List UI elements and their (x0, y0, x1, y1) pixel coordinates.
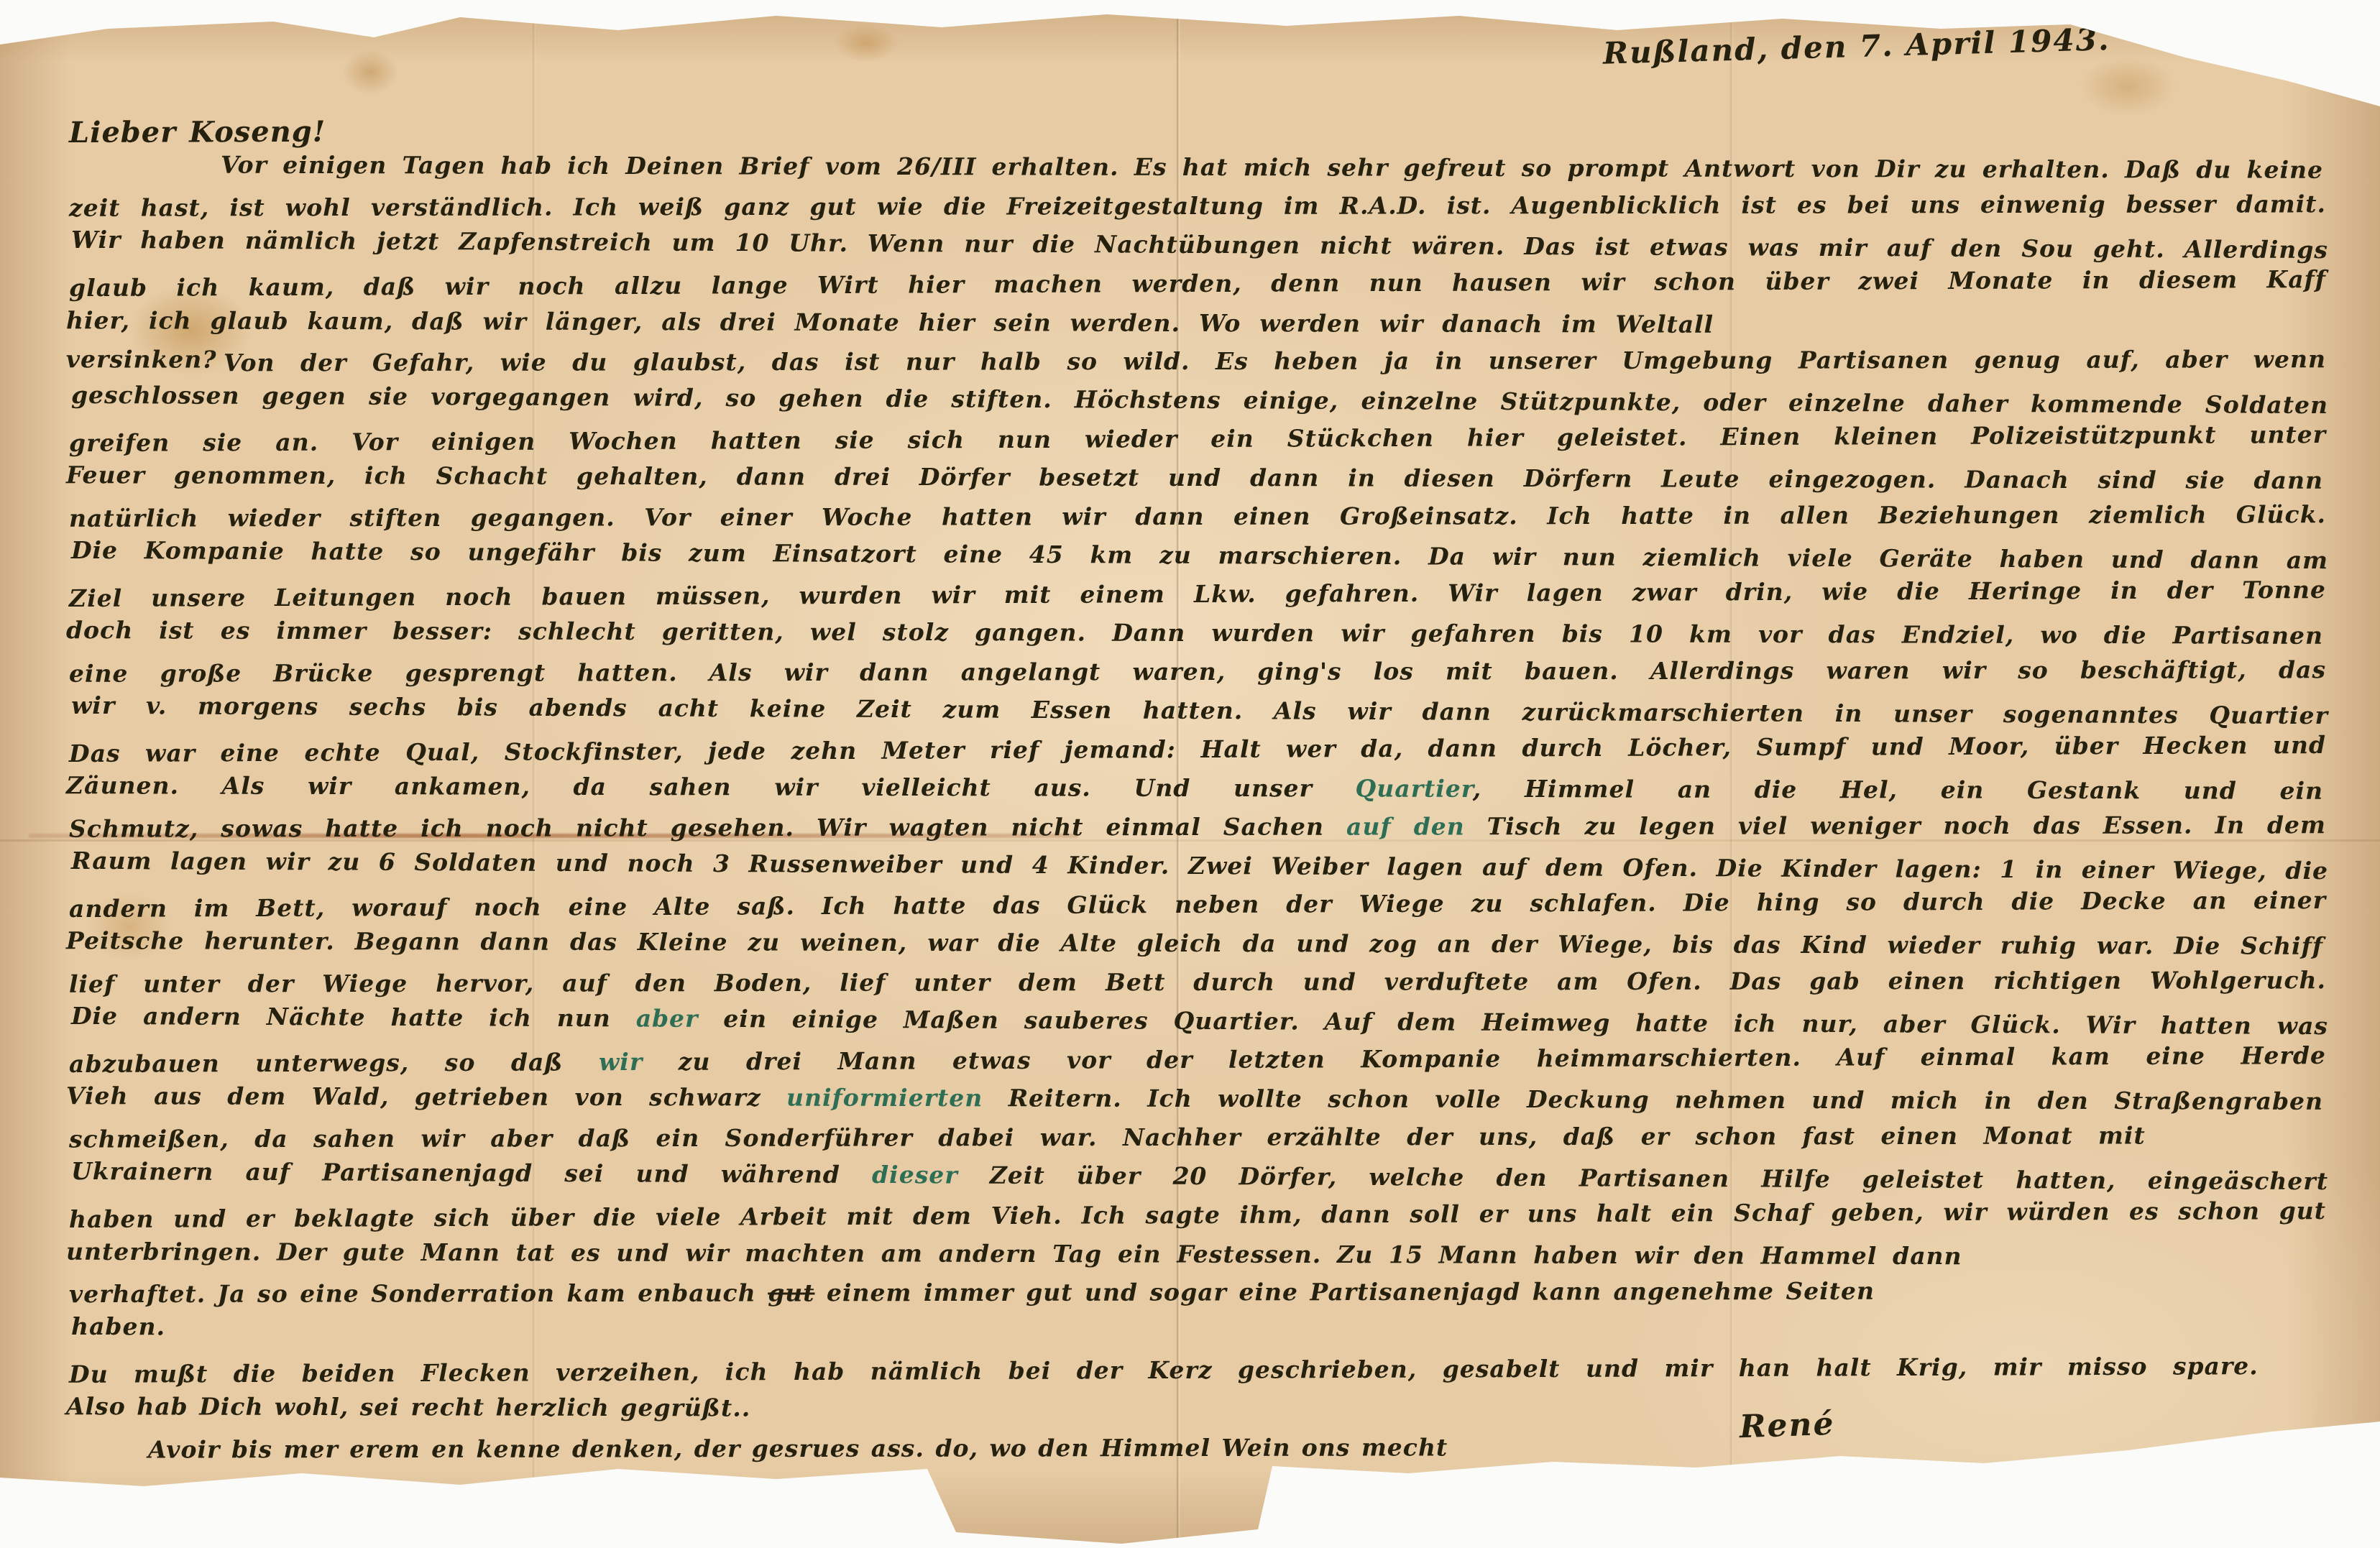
letter-line: verhaftet. Ja so eine Sonderration kam e… (69, 1272, 1875, 1314)
ink-text: eine große Brücke gesprengt hatten. Als … (69, 655, 2326, 687)
green-ink-word: Quartier (1356, 775, 1473, 803)
ink-text: ein einige Maßen sauberes Quartier. Auf … (698, 1005, 2328, 1040)
letter-line: andern im Bett, worauf noch eine Alte sa… (69, 881, 2326, 929)
letter-line: schmeißen, da sahen wir aber daß ein Son… (69, 1116, 2146, 1158)
ink-text: Raum lagen wir zu 6 Soldaten und noch 3 … (71, 847, 2328, 885)
ink-text: Schmutz, sowas hatte ich noch nicht gese… (69, 813, 1346, 843)
ink-text: wir v. morgens sechs bis abends acht kei… (71, 691, 2328, 729)
green-ink-word: aber (636, 1004, 699, 1032)
ink-text: Vieh aus dem Wald, getrieben von schwarz (66, 1082, 786, 1111)
ink-text: Die Kompanie hatte so ungefähr bis zum E… (71, 536, 2328, 574)
letter-line: Du mußt die beiden Flecken verzeihen, ic… (69, 1347, 2259, 1394)
letter-line: Das war eine echte Qual, Stockfinster, j… (69, 726, 2326, 773)
letter-line: Also hab Dich wohl, sei recht herzlich g… (66, 1387, 2323, 1432)
ink-text: Ziel unsere Leitungen noch bauen müssen,… (69, 576, 2326, 612)
letter-line: Avoir bis mer erem en kenne denken, der … (69, 1427, 2326, 1469)
letter-line: doch ist es immer besser: schlecht gerit… (66, 611, 2323, 655)
ink-text: glaub ich kaum, daß wir noch allzu lange… (69, 265, 2326, 302)
ink-text: Also hab Dich wohl, sei recht herzlich g… (66, 1392, 750, 1422)
date-line: Rußland, den 7. April 1943. (1602, 22, 2110, 71)
letter-line: Ziel unsere Leitungen noch bauen müssen,… (69, 571, 2326, 618)
green-ink-word: auf den (1346, 812, 1465, 840)
ink-text: einem immer gut und sogar eine Partisane… (814, 1277, 1875, 1307)
ink-text: haben und er beklagte sich über die viel… (69, 1197, 2326, 1233)
ink-text: Ukrainern auf Partisanenjagd sei und wäh… (71, 1157, 872, 1189)
ink-text: natürlich wieder stiften gegangen. Vor e… (69, 500, 2326, 532)
ink-text: Peitsche herunter. Begann dann das Klein… (66, 926, 2323, 960)
salutation: Lieber Koseng! (69, 105, 2326, 152)
ink-text: zeit hast, ist wohl verständlich. Ich we… (69, 190, 2326, 221)
letter-line: Vor einigen Tagen hab ich Deinen Brief v… (66, 145, 2323, 190)
letter-line: Schmutz, sowas hatte ich noch nicht gese… (69, 806, 2326, 848)
letter-line: Zäunen. Als wir ankamen, da sahen wir vi… (66, 766, 2323, 811)
ink-text: abzubauen unterwegs, so daß (69, 1048, 599, 1078)
ink-text: andern im Bett, worauf noch eine Alte sa… (69, 886, 2326, 923)
letter-line: zeit hast, ist wohl verständlich. Ich we… (69, 185, 2326, 227)
letter-line: eine große Brücke gesprengt hatten. Als … (69, 650, 2326, 693)
letter-line: glaub ich kaum, daß wir noch allzu lange… (69, 260, 2326, 308)
letter-line: lief unter der Wiege hervor, auf den Bod… (69, 961, 2326, 1003)
letter-line: unterbringen. Der gute Mann tat es und w… (66, 1233, 1962, 1276)
ink-text: Zeit über 20 Dörfer, welche den Partisan… (958, 1161, 2329, 1195)
signature: René (1739, 1406, 1835, 1446)
letter-line: Feuer genommen, ich Schacht gehalten, da… (66, 456, 2323, 500)
ink-text: unterbringen. Der gute Mann tat es und w… (66, 1238, 1962, 1270)
letter-line: Von der Gefahr, wie du glaubst, das ist … (69, 340, 2326, 382)
letter-body: Lieber Koseng! Vor einigen Tagen hab ich… (69, 109, 2326, 1468)
ink-text: Das war eine echte Qual, Stockfinster, j… (69, 731, 2326, 768)
ink-text: Feuer genommen, ich Schacht gehalten, da… (66, 461, 2323, 494)
ink-text: haben. (71, 1312, 165, 1341)
ink-text: Tisch zu legen viel weniger noch das Ess… (1465, 811, 2326, 840)
ink-text: , Himmel an die Hel, ein Gestank und ein (1473, 775, 2323, 805)
ink-text: Reitern. Ich wollte schon volle Deckung … (983, 1084, 2323, 1115)
letter-line: Peitsche herunter. Begann dann das Klein… (66, 921, 2323, 966)
letter-line: abzubauen unterwegs, so daß wir zu drei … (69, 1036, 2326, 1084)
green-ink-word: uniformierten (786, 1084, 983, 1112)
ink-text: zu drei Mann etwas vor der letzten Kompa… (643, 1041, 2326, 1076)
struck-word: gut (768, 1279, 814, 1307)
green-ink-word: wir (599, 1048, 643, 1076)
ink-text: doch ist es immer besser: schlecht gerit… (66, 616, 2323, 650)
ink-text: Die andern Nächte hatte ich nun (71, 1002, 636, 1033)
letter-line: haben und er beklagte sich über die viel… (69, 1192, 2326, 1239)
ink-text: Wir haben nämlich jetzt Zapfenstreich um… (71, 226, 2328, 264)
letter-line: hier, ich glaub kaum, daß wir länger, al… (66, 301, 1714, 344)
ink-text: Von der Gefahr, wie du glaubst, das ist … (224, 345, 2326, 377)
letter-line: natürlich wieder stiften gegangen. Vor e… (69, 495, 2326, 538)
ink-text: Avoir bis mer erem en kenne denken, der … (148, 1433, 1448, 1463)
ink-text: Du mußt die beiden Flecken verzeihen, ic… (69, 1352, 2259, 1388)
ink-text: geschlossen gegen sie vorgegangen wird, … (71, 381, 2328, 419)
letter-line: greifen sie an. Vor einigen Wochen hatte… (69, 415, 2326, 463)
letter-line: Vieh aus dem Wald, getrieben von schwarz… (66, 1077, 2323, 1121)
ink-text: schmeißen, da sahen wir aber daß ein Son… (69, 1121, 2146, 1153)
ink-text: lief unter der Wiege hervor, auf den Bod… (69, 966, 2326, 998)
ink-text: Zäunen. Als wir ankamen, da sahen wir vi… (66, 771, 1356, 802)
ink-text: Vor einigen Tagen hab ich Deinen Brief v… (221, 151, 2323, 184)
ink-text: verhaftet. Ja so eine Sonderration kam e… (69, 1279, 768, 1308)
ink-text: greifen sie an. Vor einigen Wochen hatte… (69, 420, 2326, 457)
letter-paper: Rußland, den 7. April 1943. Lieber Kosen… (0, 0, 2380, 1548)
green-ink-word: dieser (872, 1161, 958, 1189)
